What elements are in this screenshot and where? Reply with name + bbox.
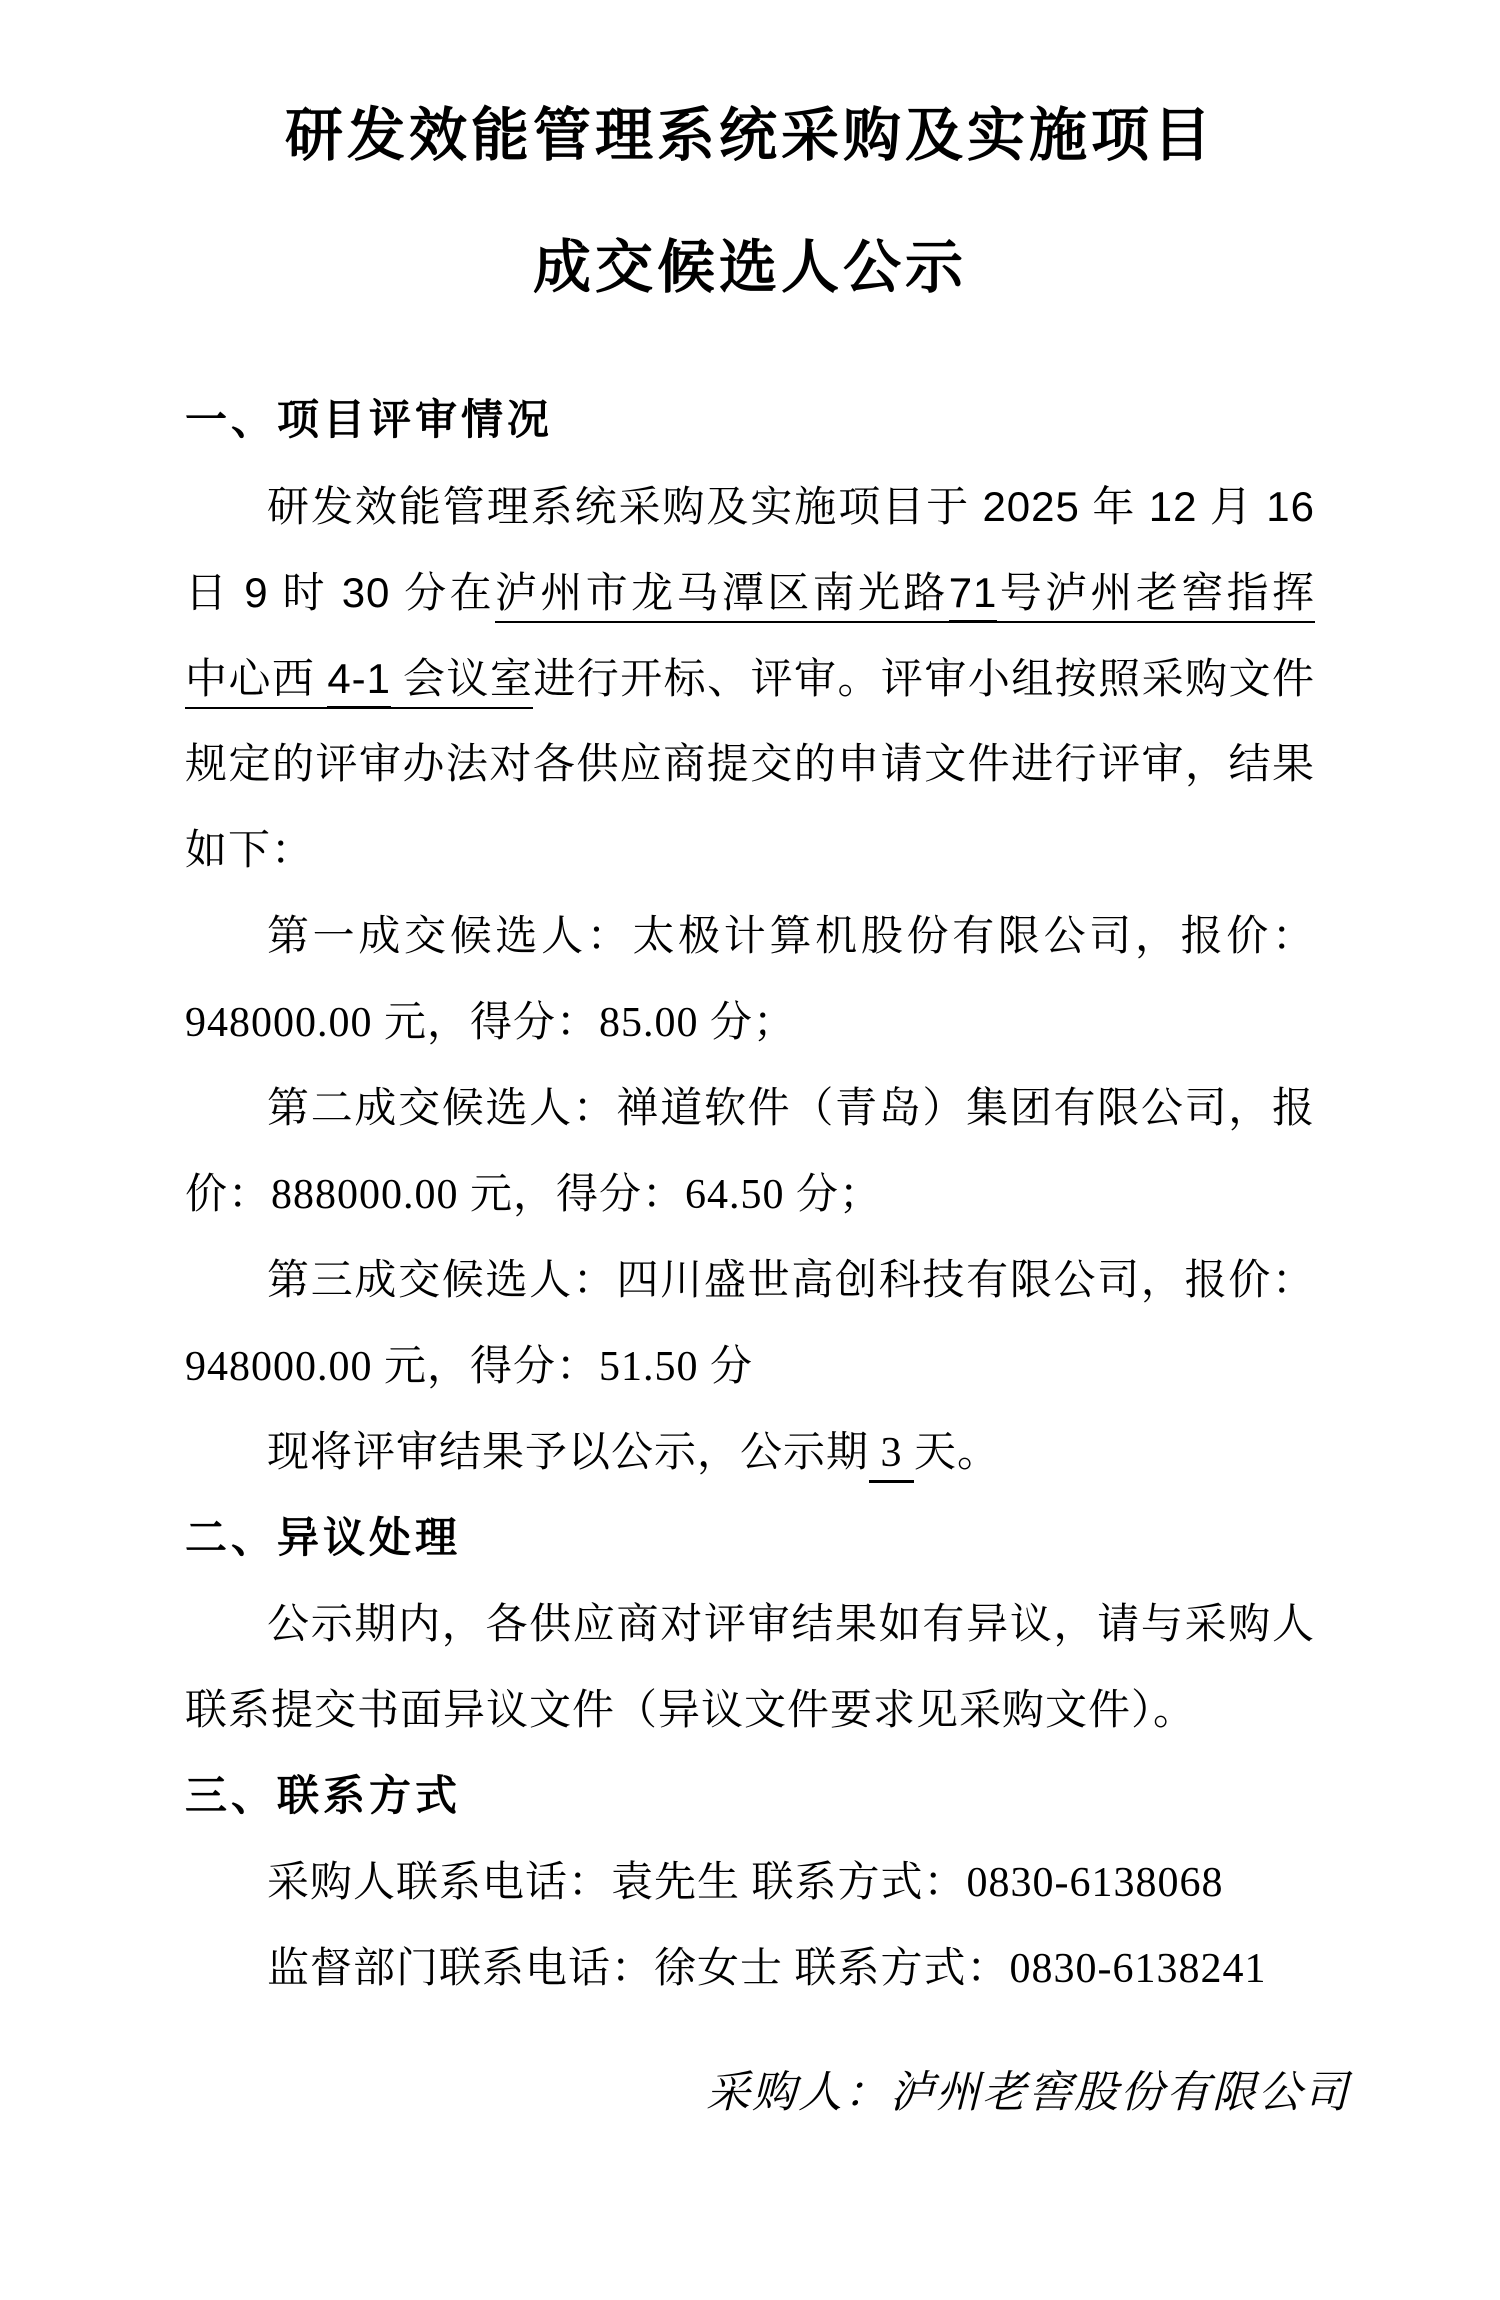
- text-segment: 联系提交书面异议文件（异议文件要求见采购文件）。: [185, 1688, 1196, 1734]
- heading-objection: 二、异议处理: [185, 1511, 1315, 1569]
- publicity-period-line: 现将评审结果予以公示，公示期 3 天。: [185, 1425, 1315, 1483]
- text-segment: 研发效能管理系统采购及实施项目于: [267, 485, 982, 531]
- text-segment: 时: [269, 571, 342, 617]
- text-segment: 3: [869, 1430, 914, 1483]
- text-segment: 规定的评审办法对各供应商提交的申请文件进行评审，结果: [185, 742, 1315, 788]
- text-segment: 第二成交候选人：禅道软件（青岛）集团有限公司，报: [267, 1086, 1315, 1132]
- para-objection-line-1: 公示期内，各供应商对评审结果如有异议，请与采购人: [185, 1597, 1315, 1655]
- heading-project-review: 一、项目评审情况: [185, 393, 1315, 451]
- candidate-3-line-1: 第三成交候选人：四川盛世高创科技有限公司，报价：: [185, 1253, 1315, 1311]
- document-page: 研发效能管理系统采购及实施项目 成交候选人公示 一、项目评审情况研发效能管理系统…: [0, 0, 1500, 2300]
- buyer-signature-line: 采购人：泸州老窖股份有限公司: [706, 2064, 1350, 2122]
- candidate-3-line-2: 948000.00 元，得分：51.50 分: [185, 1339, 1315, 1397]
- candidate-2-line-1: 第二成交候选人：禅道软件（青岛）集团有限公司，报: [185, 1081, 1315, 1139]
- text-segment: 分在: [390, 571, 495, 617]
- text-segment: 价：888000.00 元，得分：64.50 分；: [185, 1172, 882, 1218]
- text-segment: 2025: [982, 483, 1079, 530]
- text-segment: 年: [1080, 485, 1149, 531]
- text-segment: 会议室: [391, 657, 533, 709]
- para-review-line-5: 如下：: [185, 823, 1315, 881]
- text-segment: 948000.00 元，得分：51.50 分: [185, 1344, 753, 1390]
- text-segment: 现将评审结果予以公示，公示期: [267, 1430, 869, 1476]
- para-review-line-4: 规定的评审办法对各供应商提交的申请文件进行评审，结果: [185, 737, 1315, 795]
- text-segment: 日: [185, 571, 244, 617]
- text-segment: 16: [1266, 483, 1315, 530]
- candidate-2-line-2: 价：888000.00 元，得分：64.50 分；: [185, 1167, 1315, 1225]
- candidate-1-line-2: 948000.00 元，得分：85.00 分；: [185, 995, 1315, 1053]
- text-segment: 9: [244, 569, 268, 616]
- para-objection-line-2: 联系提交书面异议文件（异议文件要求见采购文件）。: [185, 1683, 1315, 1741]
- text-segment: 12: [1149, 483, 1198, 530]
- document-title-line-2: 成交候选人公示: [0, 230, 1500, 306]
- text-segment: 如下：: [185, 828, 314, 874]
- text-segment: 第一成交候选人：太极计算机股份有限公司，报价：: [267, 914, 1315, 960]
- para-review-line-1: 研发效能管理系统采购及实施项目于 2025 年 12 月 16: [185, 479, 1315, 537]
- document-title-line-1: 研发效能管理系统采购及实施项目: [0, 98, 1500, 174]
- text-segment: 中心西: [185, 657, 327, 709]
- text-segment: 30: [342, 569, 391, 616]
- text-segment: 三、联系方式: [185, 1774, 461, 1820]
- text-segment: 采购人联系电话：袁先生 联系方式：0830-6138068: [267, 1860, 1224, 1906]
- contact-supervisor-line: 监督部门联系电话：徐女士 联系方式：0830-6138241: [185, 1941, 1315, 1999]
- para-review-line-2: 日 9 时 30 分在泸州市龙马潭区南光路71号泸州老窖指挥: [185, 565, 1315, 623]
- para-review-line-3: 中心西 4-1 会议室进行开标、评审。评审小组按照采购文件: [185, 651, 1315, 709]
- text-segment: 号泸州老窖指挥: [997, 571, 1315, 623]
- candidate-1-line-1: 第一成交候选人：太极计算机股份有限公司，报价：: [185, 909, 1315, 967]
- text-segment: 71: [949, 569, 998, 623]
- text-segment: 948000.00 元，得分：85.00 分；: [185, 1000, 796, 1046]
- heading-contact: 三、联系方式: [185, 1769, 1315, 1827]
- text-segment: 监督部门联系电话：徐女士 联系方式：0830-6138241: [267, 1946, 1267, 1992]
- text-segment: 月: [1197, 485, 1266, 531]
- text-segment: 泸州市龙马潭区南光路: [495, 571, 949, 623]
- text-segment: 天。: [914, 1430, 1000, 1476]
- text-segment: 一、项目评审情况: [185, 398, 553, 444]
- text-segment: 第三成交候选人：四川盛世高创科技有限公司，报价：: [267, 1258, 1315, 1304]
- contact-buyer-line: 采购人联系电话：袁先生 联系方式：0830-6138068: [185, 1855, 1315, 1913]
- text-segment: 公示期内，各供应商对评审结果如有异议，请与采购人: [267, 1602, 1315, 1648]
- text-segment: 进行开标、评审。评审小组按照采购文件: [533, 657, 1315, 703]
- text-segment: 4-1: [327, 655, 391, 709]
- text-segment: 二、异议处理: [185, 1516, 461, 1562]
